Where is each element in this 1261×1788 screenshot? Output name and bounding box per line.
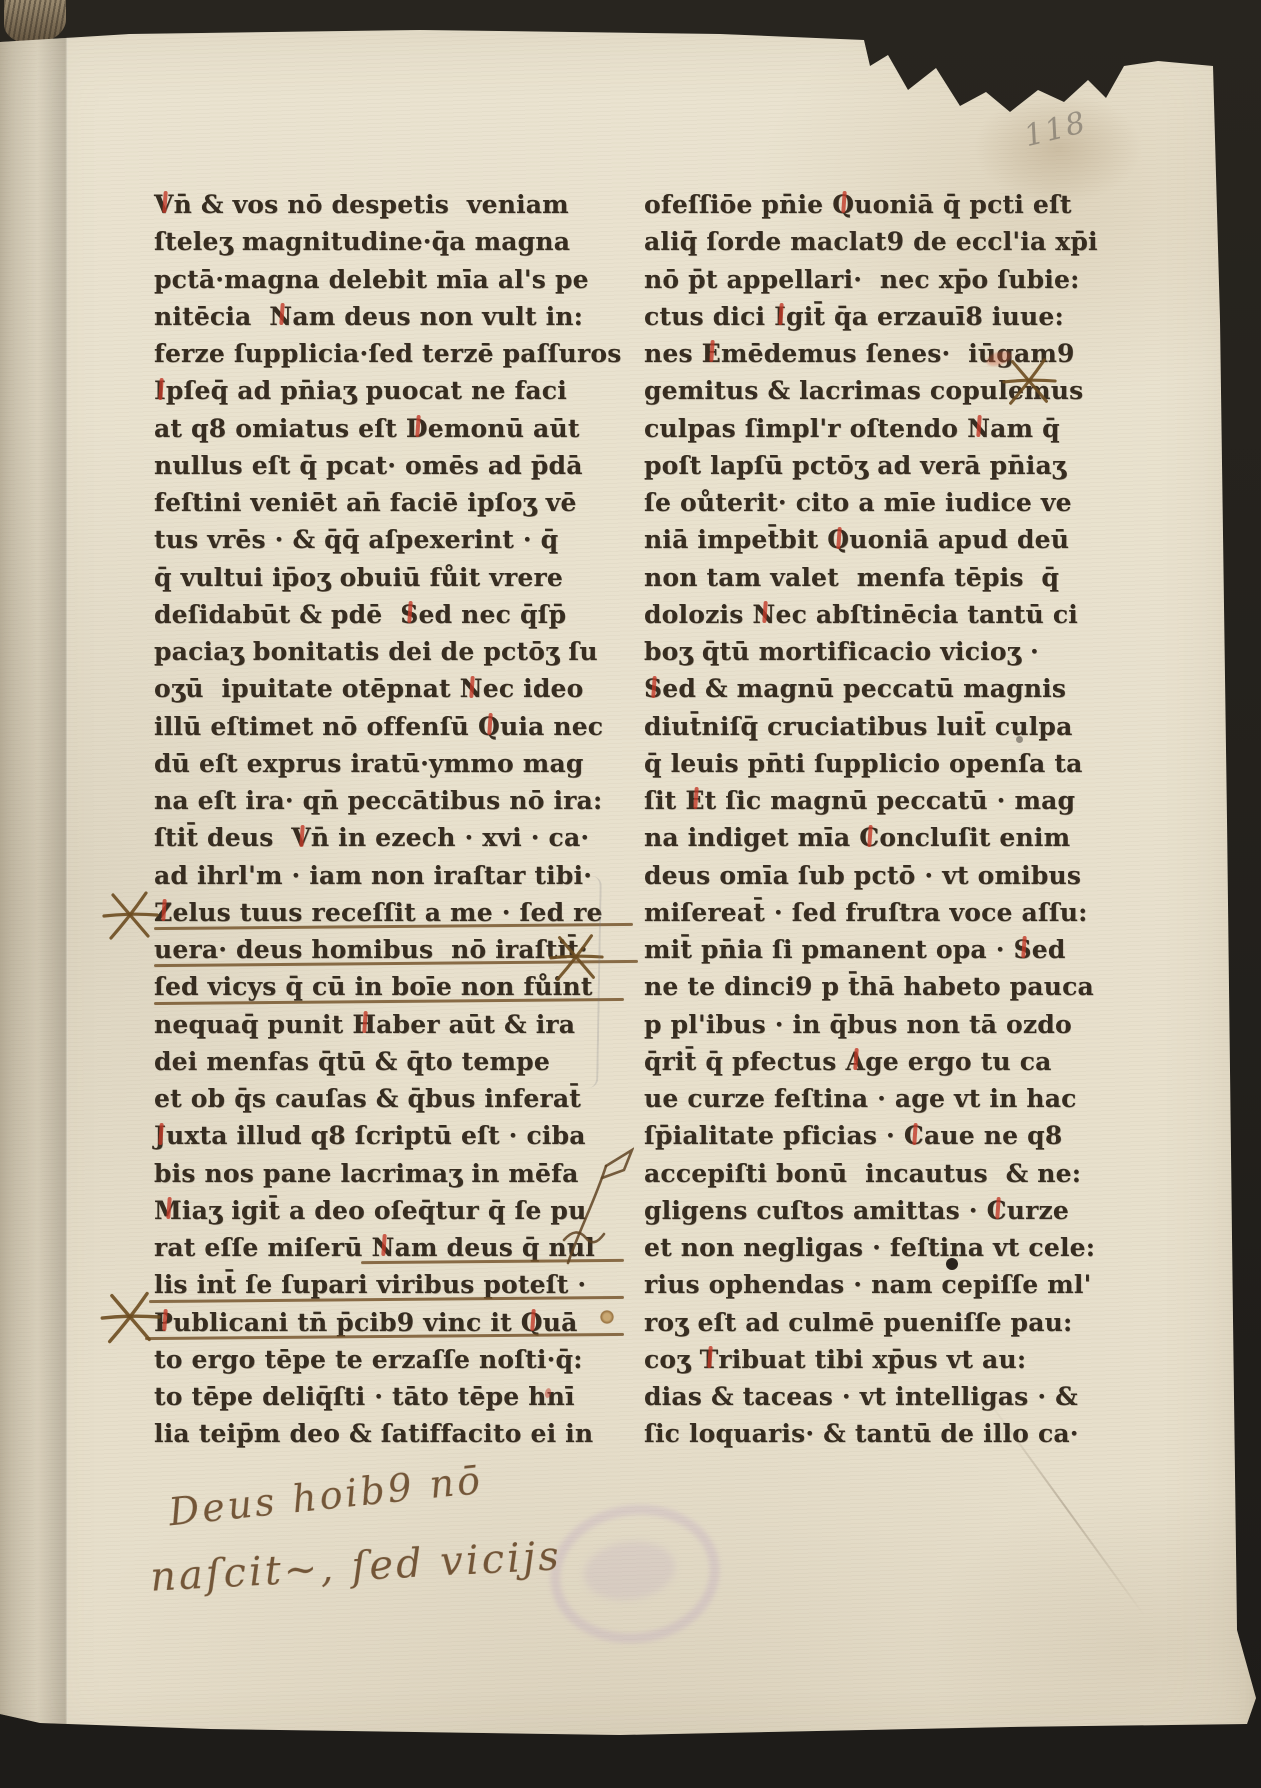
rubricated-initial: T	[700, 1345, 719, 1374]
text-segment: rius ophendas · nam cepiſſe ml'	[644, 1270, 1091, 1299]
text-segment: urze	[1007, 1196, 1069, 1225]
text-segment: uia nec	[500, 712, 603, 741]
text-segment: diut̄niſq̄ cruciatibus luit̄ culpa	[644, 712, 1072, 741]
text-line: nō p̄t appellari· nec xp̄o ſubie:	[644, 261, 1114, 298]
text-segment: ge ergo tu ca	[865, 1047, 1051, 1076]
text-line: feſtini veniēt an̄ faciē ipſoʒ vē	[154, 484, 624, 521]
text-segment: ed nec q̄ſp̄	[418, 600, 566, 629]
text-segment: coʒ	[644, 1345, 700, 1374]
text-segment: uā	[543, 1308, 578, 1337]
text-segment: ſit	[644, 786, 685, 815]
text-line: oʒū ipuitate otēpnat Nec ideo	[154, 670, 624, 707]
text-segment: to ergo tēpe te erzaſſe noſti·q̄:	[154, 1345, 583, 1374]
text-segment: p pl'ibus · in q̄bus non tā ozdo	[644, 1010, 1072, 1039]
rubricated-initial: V	[291, 823, 311, 852]
text-line: p pl'ibus · in q̄bus non tā ozdo	[644, 1006, 1114, 1043]
text-segment: iaʒ igit̄ a deo oſeq̄tur q̄ ſe pu	[182, 1196, 587, 1225]
text-line: dū eſt exprus iratū·ymmo mag	[154, 745, 624, 782]
text-segment: roʒ eſt ad culmē pueniſſe pau:	[644, 1308, 1072, 1337]
text-segment: miſereat̄ · ſed fruſtra voce aſſu:	[644, 898, 1088, 927]
ink-blot	[946, 1258, 958, 1270]
library-stamp	[541, 1494, 729, 1654]
text-line: Sed & magnū peccatū magnis	[644, 670, 1114, 707]
text-segment: dū eſt exprus iratū·ymmo mag	[154, 749, 584, 778]
text-segment: ſe oůterit· cito a mīe iudice ve	[644, 488, 1072, 517]
text-segment: feſtini veniēt an̄ faciē ipſoʒ vē	[154, 488, 577, 517]
text-line: et non negligas · feſtina vt cele:	[644, 1229, 1114, 1266]
text-segment: poſt lapſū pctōʒ ad verā pn̄iaʒ	[644, 451, 1066, 480]
text-line: na eſt ira· qn̄ peccātibus nō ira:	[154, 782, 624, 819]
text-segment: nullus eſt q̄ pcat· omēs ad p̄dā	[154, 451, 583, 480]
text-segment: ne te dinci9 p t̄hā habeto pauca	[644, 972, 1094, 1001]
text-segment: ſed vicys q̄ cū in boīe non fůint	[154, 972, 593, 1001]
text-line: tus vrēs · & q̄q̄ aſpexerint · q̄	[154, 521, 624, 558]
text-segment: ofeſſiōe pn̄ie	[644, 190, 832, 219]
rubricated-initial: S	[400, 600, 418, 629]
stamp-blob	[580, 1536, 679, 1606]
rubricated-initial: I	[154, 376, 166, 405]
text-segment: niā impet̄bit	[644, 525, 827, 554]
text-line: ofeſſiōe pn̄ie Quoniā q̄ pcti eſt	[644, 186, 1114, 223]
text-segment: uoniā q̄ pcti eſt	[854, 190, 1071, 219]
text-line: miſereat̄ · ſed fruſtra voce aſſu:	[644, 894, 1114, 931]
text-line: niā impet̄bit Quoniā apud deū	[644, 521, 1114, 558]
text-line: ue curze feſtina · age vt in hac	[644, 1080, 1114, 1117]
text-line: rius ophendas · nam cepiſſe ml'	[644, 1266, 1114, 1303]
text-segment: ec abſtinēcia tantū ci	[775, 600, 1077, 629]
rubricated-initial: N	[460, 674, 483, 703]
text-segment: illū eſtimet nō offenſū	[154, 712, 478, 741]
text-segment: et non negligas · feſtina vt cele:	[644, 1233, 1095, 1262]
wormhole	[600, 1310, 614, 1324]
text-segment: am q̄	[990, 414, 1060, 443]
text-line: Vn̄ & vos nō despetis veniam	[154, 186, 624, 223]
text-segment: pctā·magna delebit mīa al's pe	[154, 265, 589, 294]
text-line: gligens cuſtos amittas · Curze	[644, 1192, 1114, 1229]
text-line: ad ihrl'm · iam non iraſtar tibi·	[154, 857, 624, 894]
rubricated-initial: Q	[827, 525, 849, 554]
text-segment: q̄rit̄ q̄ pfectus	[644, 1047, 845, 1076]
folio-number: 118	[1021, 105, 1091, 154]
text-segment: dei menfas q̄tū & q̄to tempe	[154, 1047, 550, 1076]
text-segment: ribuat tibi xp̄us vt au:	[718, 1345, 1026, 1374]
text-line: nullus eſt q̄ pcat· omēs ad p̄dā	[154, 447, 624, 484]
text-line: mit̄ pn̄ia ſi pmanent opa · Sed	[644, 931, 1114, 968]
rubricated-initial: M	[154, 1196, 182, 1225]
text-line: dias & taceas · vt intelligas · &	[644, 1378, 1114, 1415]
text-line: q̄ vultui ip̄oʒ obuiū fůit vrere	[154, 559, 624, 596]
text-segment: t ſic magnū peccatū · mag	[705, 786, 1076, 815]
speck	[1016, 736, 1023, 743]
incunabulum-page-scan: Vn̄ & vos nō despetis veniamſteleʒ magni…	[0, 0, 1261, 1788]
text-line: deus omīa ſub pctō · vt omibus	[644, 857, 1114, 894]
handwritten-note-line2: naſcit~, ſed vicijs	[149, 1533, 563, 1600]
text-segment: aliq̄ ſorde maclat9 de eccl'ia xp̄i	[644, 227, 1098, 256]
text-segment: rat eſſe miſerū	[154, 1233, 372, 1262]
text-segment: ublicani tn̄ p̄cib9 vinc it	[173, 1308, 521, 1337]
text-line: ſteleʒ magnitudine·q̄a magna	[154, 223, 624, 260]
text-segment: gligens cuſtos amittas ·	[644, 1196, 987, 1225]
text-segment: aber aūt & ira	[376, 1010, 575, 1039]
handwritten-note-line1: Deus hoib9 nō	[167, 1458, 485, 1535]
text-line: ne te dinci9 p t̄hā habeto pauca	[644, 968, 1114, 1005]
text-segment: tus vrēs · & q̄q̄ aſpexerint · q̄	[154, 525, 558, 554]
text-line: Zelus tuus receſſit a me · ſed re	[154, 894, 624, 931]
rubricated-initial: N	[372, 1233, 395, 1262]
text-segment: elus tuus receſſit a me · ſed re	[172, 898, 602, 927]
text-line: ſic loquaris· & tantū de illo ca·	[644, 1415, 1114, 1452]
text-line: ſtit̄ deus Vn̄ in ezech · xvi · ca·	[154, 819, 624, 856]
text-line: roʒ eſt ad culmē pueniſſe pau:	[644, 1304, 1114, 1341]
text-line: diut̄niſq̄ cruciatibus luit̄ culpa	[644, 708, 1114, 745]
rubricated-initial: I	[774, 302, 786, 331]
text-line: ſit Et ſic magnū peccatū · mag	[644, 782, 1114, 819]
text-segment: uoniā apud deū	[849, 525, 1069, 554]
text-segment: et ob q̄s cauſas & q̄bus inferat̄	[154, 1084, 581, 1113]
text-segment: ferze ſupplicia·ſed terzē paſſuros	[154, 339, 622, 368]
rubricated-initial: S	[1014, 935, 1032, 964]
text-segment: deſidabūt & pdē	[154, 600, 400, 629]
rubricated-initial: N	[752, 600, 775, 629]
text-segment: bis nos pane lacrimaʒ in mēfa	[154, 1159, 578, 1188]
text-line: at q8 omiatus eſt Demonū aūt	[154, 410, 624, 447]
text-segment: nes	[644, 339, 702, 368]
text-segment: culpas ſimpl'r oſtendo	[644, 414, 967, 443]
rubricated-initial: J	[154, 1121, 166, 1150]
text-line: q̄rit̄ q̄ pfectus Age ergo tu ca	[644, 1043, 1114, 1080]
paper-sheet: Vn̄ & vos nō despetis veniamſteleʒ magni…	[0, 0, 1261, 1788]
rubricated-initial: N	[967, 414, 990, 443]
rubricated-initial: D	[406, 414, 428, 443]
text-line: ctus dici Igit̄ q̄a erzauī8 iuue:	[644, 298, 1114, 335]
text-line: dei menfas q̄tū & q̄to tempe	[154, 1043, 624, 1080]
text-line: coʒ Tribuat tibi xp̄us vt au:	[644, 1341, 1114, 1378]
rubricated-initial: E	[685, 786, 704, 815]
text-line: pctā·magna delebit mīa al's pe	[154, 261, 624, 298]
text-line: ferze ſupplicia·ſed terzē paſſuros	[154, 335, 624, 372]
text-line: Publicani tn̄ p̄cib9 vinc it Quā	[154, 1304, 624, 1341]
text-line: accepiſti bonū incautus & ne:	[644, 1155, 1114, 1192]
text-line: aliq̄ ſorde maclat9 de eccl'ia xp̄i	[644, 223, 1114, 260]
text-segment: uxta illud q8 ſcriptū eſt · ciba	[166, 1121, 586, 1150]
text-segment: ſtit̄ deus	[154, 823, 291, 852]
text-line: nequaq̄ punit Haber aūt & ira	[154, 1006, 624, 1043]
text-segment: nequaq̄ punit	[154, 1010, 352, 1039]
marginal-scribble	[548, 1138, 634, 1272]
text-segment: dias & taceas · vt intelligas · &	[644, 1382, 1078, 1411]
text-segment: n̄ & vos nō despetis veniam	[174, 190, 569, 219]
text-segment: at q8 omiatus eſt	[154, 414, 406, 443]
text-segment: ed & magnū peccatū magnis	[662, 674, 1066, 703]
asterisk-mark-icon	[100, 885, 160, 949]
text-line: culpas ſimpl'r oſtendo Nam q̄	[644, 410, 1114, 447]
rubricated-initial: E	[702, 339, 721, 368]
text-line: to tēpe deliq̄ſti · tāto tēpe hnī	[154, 1378, 624, 1415]
rubricated-initial: Q	[832, 190, 854, 219]
text-segment: ſteleʒ magnitudine·q̄a magna	[154, 227, 570, 256]
text-segment: am deus non vult in:	[292, 302, 583, 331]
text-line: paciaʒ bonitatis dei de pctōʒ ſu	[154, 633, 624, 670]
text-segment: oncluſit enim	[879, 823, 1070, 852]
text-segment: na indiget mīa	[644, 823, 859, 852]
text-segment: lia teip̄m deo & ſatiffacito ei in	[154, 1419, 593, 1448]
rubricated-initial: Q	[521, 1308, 543, 1337]
text-segment: ſp̄ialitate pficias ·	[644, 1121, 904, 1150]
text-line: boʒ q̄tū mortificacio vicioʒ ·	[644, 633, 1114, 670]
text-segment: oʒū ipuitate otēpnat	[154, 674, 460, 703]
text-line: poſt lapſū pctōʒ ad verā pn̄iaʒ	[644, 447, 1114, 484]
gutter-shadow	[0, 0, 68, 1788]
rubricated-initial: V	[154, 190, 174, 219]
text-segment: mit̄ pn̄ia ſi pmanent opa ·	[644, 935, 1014, 964]
text-segment: git̄ q̄a erzauī8 iuue:	[786, 302, 1064, 331]
rubricated-initial: C	[987, 1196, 1007, 1225]
text-line: to ergo tēpe te erzaſſe noſti·q̄:	[154, 1341, 624, 1378]
text-segment: nō p̄t appellari· nec xp̄o ſubie:	[644, 265, 1080, 294]
text-line: ſe oůterit· cito a mīe iudice ve	[644, 484, 1114, 521]
text-segment: ed	[1032, 935, 1066, 964]
text-segment: ue curze feſtina · age vt in hac	[644, 1084, 1077, 1113]
rubricated-initial: C	[859, 823, 879, 852]
text-segment: lis int̄ ſe ſupari viribus poteſt ·	[154, 1270, 586, 1299]
text-segment: q̄ vultui ip̄oʒ obuiū fůit vrere	[154, 563, 563, 592]
rubricated-initial: C	[904, 1121, 924, 1150]
text-segment: non tam valet menfa tēpis q̄	[644, 563, 1059, 592]
text-segment: paciaʒ bonitatis dei de pctōʒ ſu	[154, 637, 598, 666]
asterisk-mark-icon	[1000, 352, 1058, 414]
text-segment: emonū aūt	[428, 414, 580, 443]
text-line: et ob q̄s cauſas & q̄bus inferat̄	[154, 1080, 624, 1117]
text-line: ſp̄ialitate pficias · Caue ne q8	[644, 1117, 1114, 1154]
text-line: non tam valet menfa tēpis q̄	[644, 559, 1114, 596]
text-line: na indiget mīa Concluſit enim	[644, 819, 1114, 856]
text-segment: to tēpe deliq̄ſti · tāto tēpe hnī	[154, 1382, 575, 1411]
text-line: dolozis Nec abſtinēcia tantū ci	[644, 596, 1114, 633]
rubricated-initial: N	[269, 302, 292, 331]
text-segment: dolozis	[644, 600, 752, 629]
text-segment: pſeq̄ ad pn̄iaʒ puocat ne faci	[166, 376, 567, 405]
rubricated-initial: S	[644, 674, 662, 703]
text-segment: q̄ leuis pn̄ti ſupplicio openſa ta	[644, 749, 1082, 778]
text-segment: ctus dici	[644, 302, 774, 331]
text-segment: n̄ in ezech · xvi · ca·	[311, 823, 589, 852]
text-segment: uera· deus homibus nō iraſtit̄·	[154, 935, 588, 964]
text-line: nitēcia Nam deus non vult in:	[154, 298, 624, 335]
text-line: Ipſeq̄ ad pn̄iaʒ puocat ne faci	[154, 372, 624, 409]
text-segment: na eſt ira· qn̄ peccātibus nō ira:	[154, 786, 602, 815]
asterisk-mark-icon	[98, 1285, 162, 1353]
rubricated-initial: H	[352, 1010, 376, 1039]
text-line: lia teip̄m deo & ſatiffacito ei in	[154, 1415, 624, 1452]
rubricated-initial: Q	[478, 712, 500, 741]
book-fore-edge	[4, 0, 66, 44]
rubricated-initial: A	[845, 1047, 865, 1076]
text-segment: aue ne q8	[924, 1121, 1062, 1150]
text-line: q̄ leuis pn̄ti ſupplicio openſa ta	[644, 745, 1114, 782]
text-line: deſidabūt & pdē Sed nec q̄ſp̄	[154, 596, 624, 633]
text-segment: nitēcia	[154, 302, 269, 331]
text-segment: ec ideo	[483, 674, 584, 703]
text-segment: boʒ q̄tū mortificacio vicioʒ ·	[644, 637, 1039, 666]
text-segment: ad ihrl'm · iam non iraſtar tibi·	[154, 861, 592, 890]
text-segment: accepiſti bonū incautus & ne:	[644, 1159, 1081, 1188]
text-line: illū eſtimet nō offenſū Quia nec	[154, 708, 624, 745]
text-segment: deus omīa ſub pctō · vt omibus	[644, 861, 1081, 890]
